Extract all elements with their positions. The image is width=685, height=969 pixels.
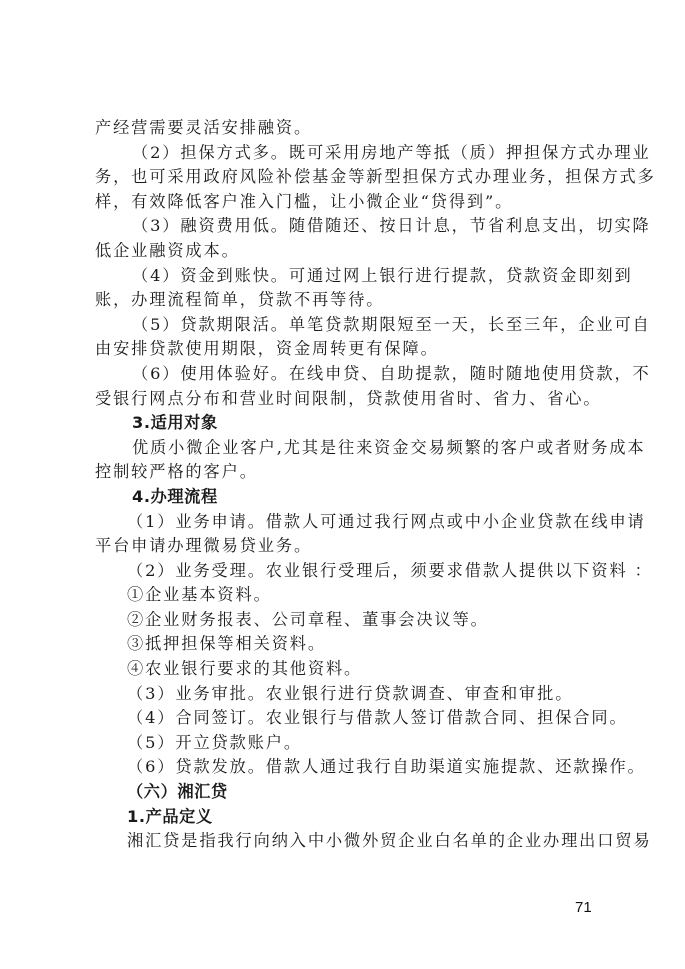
paragraph-line: （6）贷款发放。借款人通过我行自助渠道实施提款、还款操作。 bbox=[95, 755, 592, 780]
paragraph-line: 样，有效降低客户准入门槛，让小微企业“贷得到”。 bbox=[95, 190, 592, 215]
paragraph-line: （4）资金到账快。可通过网上银行进行提款，贷款资金即刻到 bbox=[95, 264, 592, 289]
section-heading-xianghui-loan: （六）湘汇贷 bbox=[95, 780, 592, 805]
section-heading-product-definition: 1.产品定义 bbox=[95, 805, 592, 830]
paragraph-line: （6）使用体验好。在线申贷、自助提款，随时随地使用贷款，不 bbox=[95, 362, 592, 387]
paragraph-line: 湘汇贷是指我行向纳入中小微外贸企业白名单的企业办理出口贸易 bbox=[95, 829, 592, 854]
paragraph-line: 账，办理流程简单，贷款不再等待。 bbox=[95, 288, 592, 313]
paragraph-line: （3）融资费用低。随借随还、按日计息，节省利息支出，切实降 bbox=[95, 214, 592, 239]
document-page: 产经营需要灵活安排融资。 （2）担保方式多。既可采用房地产等抵（质）押担保方式办… bbox=[95, 116, 592, 854]
paragraph-line: （3）业务审批。农业银行进行贷款调查、审查和审批。 bbox=[95, 682, 592, 707]
paragraph-line: 低企业融资成本。 bbox=[95, 239, 592, 264]
paragraph-line: 平台申请办理微易贷业务。 bbox=[95, 534, 592, 559]
paragraph-line: 优质小微企业客户,尤其是往来资金交易频繁的客户或者财务成本 bbox=[95, 436, 592, 461]
list-item: ①企业基本资料。 bbox=[95, 583, 592, 608]
section-heading-process: 4.办理流程 bbox=[95, 485, 592, 510]
paragraph-line: 控制较严格的客户。 bbox=[95, 460, 592, 485]
paragraph-line: （2）担保方式多。既可采用房地产等抵（质）押担保方式办理业 bbox=[95, 141, 592, 166]
paragraph-line: （5）贷款期限活。单笔贷款期限短至一天，长至三年，企业可自 bbox=[95, 313, 592, 338]
list-item: ④农业银行要求的其他资料。 bbox=[95, 657, 592, 682]
paragraph-line: （4）合同签订。农业银行与借款人签订借款合同、担保合同。 bbox=[95, 706, 592, 731]
paragraph-line: （1）业务申请。借款人可通过我行网点或中小企业贷款在线申请 bbox=[95, 510, 592, 535]
page-number: 71 bbox=[575, 899, 592, 916]
list-item: ②企业财务报表、公司章程、董事会决议等。 bbox=[95, 608, 592, 633]
paragraph-line: （2）业务受理。农业银行受理后，须要求借款人提供以下资料 ： bbox=[95, 559, 592, 584]
section-heading-applicable-targets: 3.适用对象 bbox=[95, 411, 592, 436]
list-item: ③抵押担保等相关资料。 bbox=[95, 632, 592, 657]
paragraph-line: 务，也可采用政府风险补偿基金等新型担保方式办理业务，担保方式多 bbox=[95, 165, 592, 190]
paragraph-line: 由安排贷款使用期限，资金周转更有保障。 bbox=[95, 337, 592, 362]
paragraph-line: （5）开立贷款账户。 bbox=[95, 731, 592, 756]
paragraph-line: 受银行网点分布和营业时间限制，贷款使用省时、省力、省心。 bbox=[95, 387, 592, 412]
paragraph-line: 产经营需要灵活安排融资。 bbox=[95, 116, 592, 141]
